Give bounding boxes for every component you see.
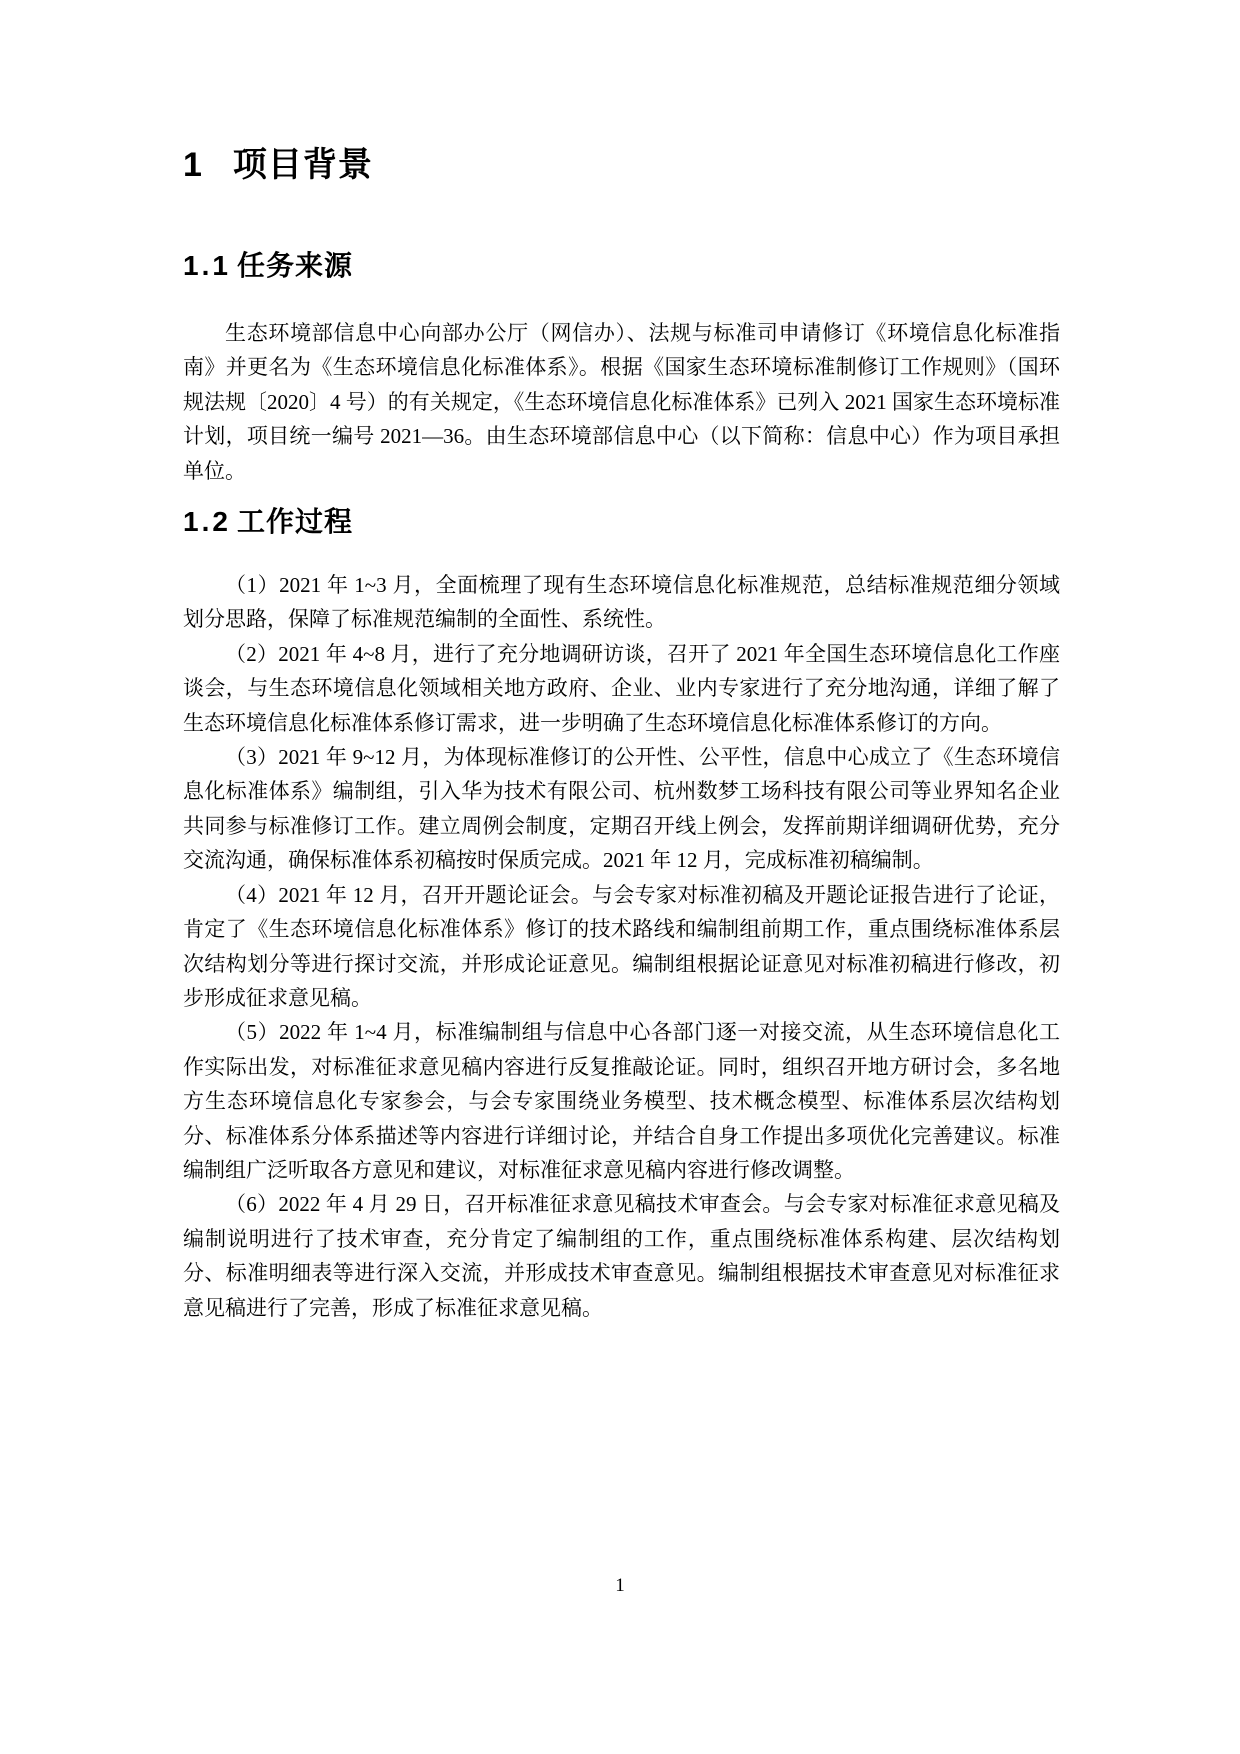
work-step-4: （4）2021 年 12 月，召开开题论证会。与会专家对标准初稿及开题论证报告进… (183, 878, 1060, 1016)
page-number: 1 (0, 1574, 1240, 1598)
section-number: 1.2 (183, 505, 231, 539)
section-heading-task-source: 1.1任务来源 (183, 249, 1060, 283)
chapter-heading: 1项目背景 (183, 145, 1060, 185)
work-step-1: （1）2021 年 1~3 月，全面梳理了现有生态环境信息化标准规范，总结标准规… (183, 568, 1060, 637)
section-title: 工作过程 (237, 506, 353, 537)
section-title: 任务来源 (237, 250, 353, 281)
section-heading-work-process: 1.2工作过程 (183, 505, 1060, 539)
section-number: 1.1 (183, 249, 231, 283)
work-step-5: （5）2022 年 1~4 月，标准编制组与信息中心各部门逐一对接交流，从生态环… (183, 1015, 1060, 1187)
work-process-paragraphs: （1）2021 年 1~3 月，全面梳理了现有生态环境信息化标准规范，总结标准规… (183, 568, 1060, 1325)
work-step-2: （2）2021 年 4~8 月，进行了充分地调研访谈，召开了 2021 年全国生… (183, 637, 1060, 740)
chapter-number: 1 (183, 145, 203, 185)
work-step-6: （6）2022 年 4 月 29 日，召开标准征求意见稿技术审查会。与会专家对标… (183, 1187, 1060, 1325)
paragraph-task-source: 生态环境部信息中心向部办公厅（网信办）、法规与标准司申请修订《环境信息化标准指南… (183, 316, 1060, 488)
document-page: 1项目背景 1.1任务来源 生态环境部信息中心向部办公厅（网信办）、法规与标准司… (0, 0, 1240, 1754)
chapter-title: 项目背景 (233, 146, 373, 184)
work-step-3: （3）2021 年 9~12 月，为体现标准修订的公开性、公平性，信息中心成立了… (183, 740, 1060, 878)
